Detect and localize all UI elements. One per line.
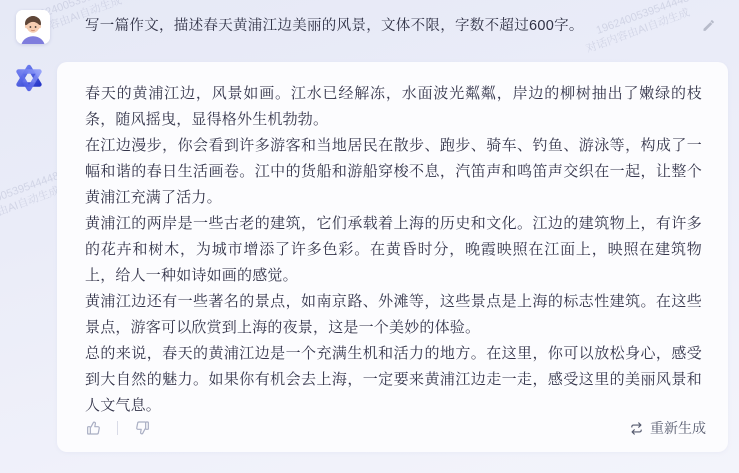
chat-screen: 19624005395444486对话内容由AI自动生成 19624005395… bbox=[0, 0, 739, 473]
assistant-message-card: 春天的黄浦江边，风景如画。江水已经解冻，水面波光粼粼，岸边的柳树抽出了嫩绿的枝条… bbox=[57, 62, 728, 452]
assistant-message-text: 春天的黄浦江边，风景如画。江水已经解冻，水面波光粼粼，岸边的柳树抽出了嫩绿的枝条… bbox=[57, 62, 728, 419]
regenerate-label: 重新生成 bbox=[650, 418, 706, 438]
cartoon-man-avatar-image bbox=[16, 10, 50, 44]
user-avatar bbox=[16, 10, 50, 44]
paragraph: 在江边漫步，你会看到许多游客和当地居民在散步、跑步、骑车、钓鱼、游泳等，构成了一… bbox=[85, 133, 702, 211]
pencil-icon bbox=[701, 18, 716, 33]
thumbs-up-icon bbox=[86, 420, 102, 436]
paragraph: 春天的黄浦江边，风景如画。江水已经解冻，水面波光粼粼，岸边的柳树抽出了嫩绿的枝条… bbox=[85, 81, 702, 133]
thumbs-down-button[interactable] bbox=[133, 420, 150, 437]
paragraph: 黄浦江边还有一些著名的景点，如南京路、外滩等，这些景点是上海的标志性建筑。在这些… bbox=[85, 289, 702, 341]
thumbs-down-icon bbox=[134, 420, 150, 436]
regenerate-button[interactable]: 重新生成 bbox=[629, 418, 706, 438]
user-message-text: 写一篇作文，描述春天黄浦江边美丽的风景，文体不限，字数不超过600字。 bbox=[85, 16, 663, 36]
regenerate-icon bbox=[629, 421, 644, 436]
ai-logo-icon bbox=[13, 62, 45, 94]
assistant-avatar bbox=[13, 62, 45, 94]
paragraph: 总的来说，春天的黄浦江边是一个充满生机和活力的地方。在这里，你可以放松身心，感受… bbox=[85, 341, 702, 419]
user-message-row: 写一篇作文，描述春天黄浦江边美丽的风景，文体不限，字数不超过600字。 bbox=[16, 10, 723, 50]
assistant-actions-bar: 重新生成 bbox=[85, 418, 706, 438]
edit-message-button[interactable] bbox=[701, 18, 717, 34]
feedback-divider bbox=[117, 421, 118, 435]
paragraph: 黄浦江的两岸是一些古老的建筑，它们承载着上海的历史和文化。江边的建筑物上，有许多… bbox=[85, 211, 702, 289]
thumbs-up-button[interactable] bbox=[85, 420, 102, 437]
